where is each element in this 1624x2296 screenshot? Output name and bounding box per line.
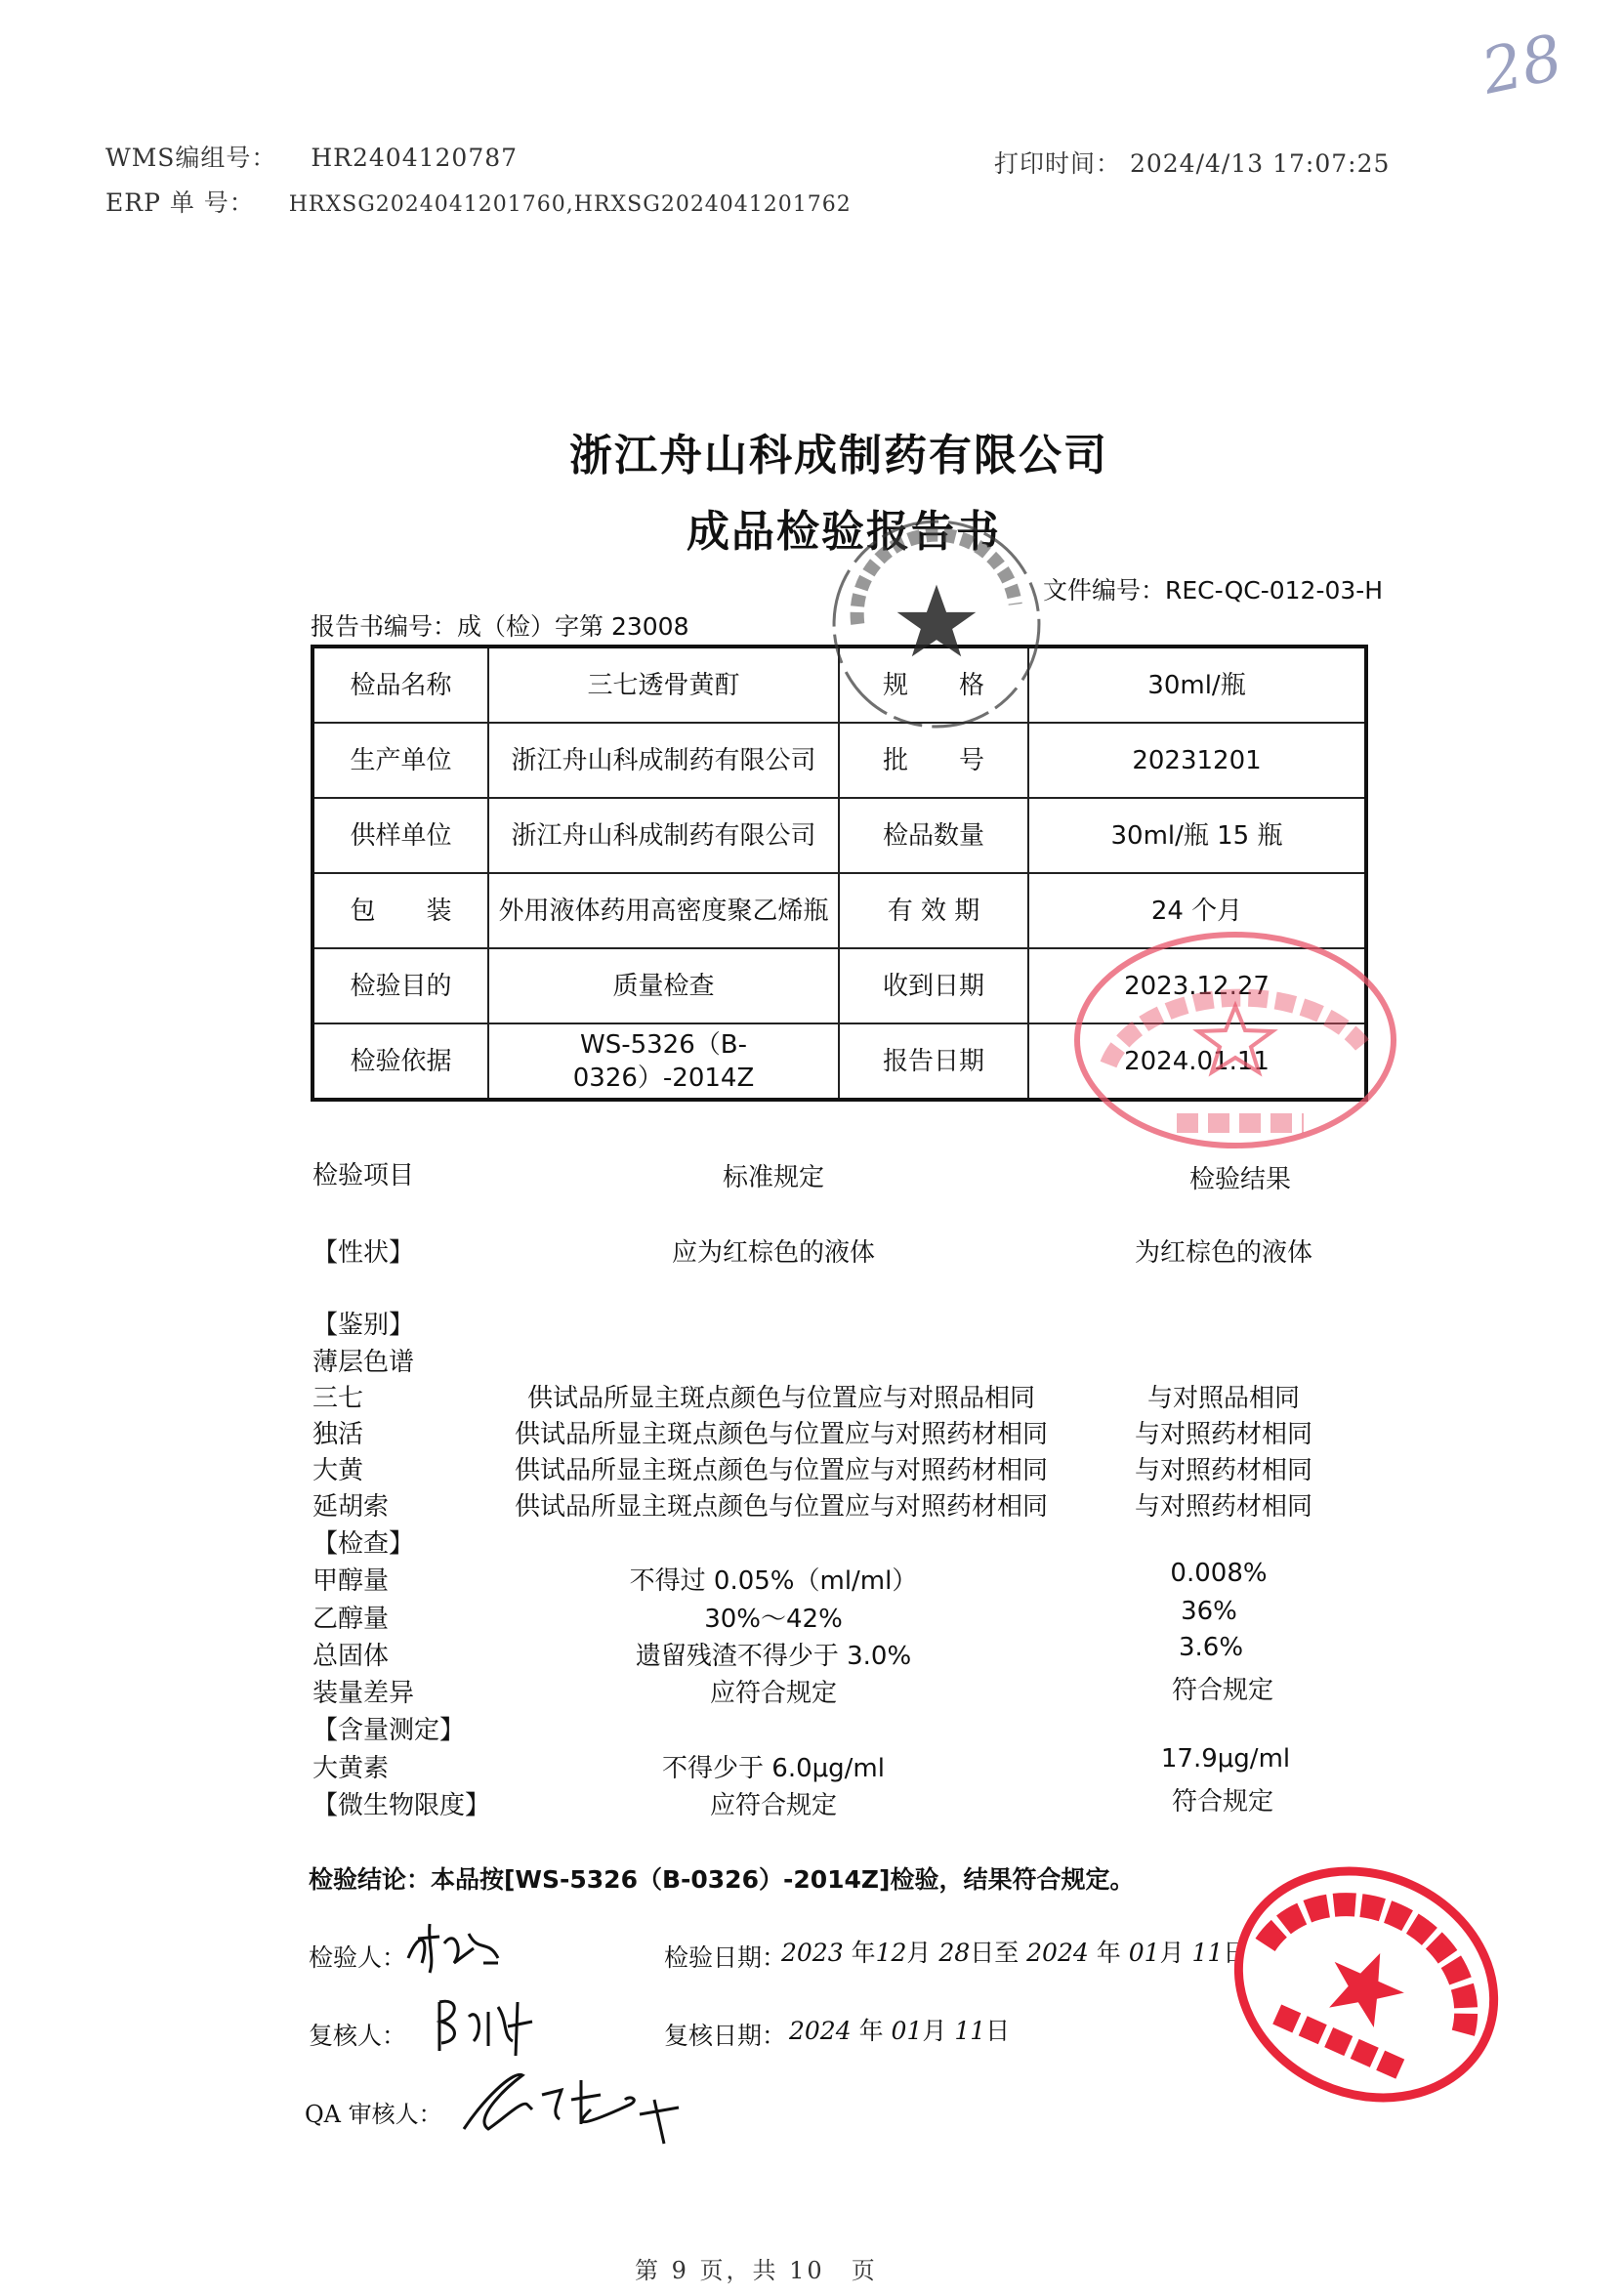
header-result: 检验结果 bbox=[1189, 1159, 1291, 1195]
standard-appearance: 应为红棕色的液体 bbox=[672, 1232, 875, 1269]
value-specification: 30ml/瓶 bbox=[1028, 647, 1366, 723]
item-emodin: 大黄素 bbox=[312, 1748, 389, 1784]
item-tlc: 薄层色谱 bbox=[312, 1342, 414, 1378]
standard-total-solids: 遗留残渣不得少于 3.0% bbox=[636, 1636, 911, 1672]
reviewer-signature bbox=[430, 1983, 547, 2061]
report-number-value: 成（检）字第 23008 bbox=[457, 612, 688, 641]
table-row: 检验依据 WS-5326（B-0326）-2014Z 报告日期 2024.01.… bbox=[312, 1023, 1366, 1100]
result-total-solids: 3.6% bbox=[1179, 1633, 1243, 1662]
section-inspection: 【检查】 bbox=[312, 1524, 414, 1560]
standard-sanqi: 供试品所显主斑点颜色与位置应与对照品相同 bbox=[527, 1378, 1035, 1414]
value-report-date: 2024.01.11 bbox=[1028, 1023, 1366, 1100]
qa-signature bbox=[444, 2061, 698, 2149]
file-number-label: 文件编号： bbox=[1043, 576, 1165, 605]
company-title: 浙江舟山科成制药有限公司 bbox=[569, 420, 1108, 482]
result-microbial-limit: 符合规定 bbox=[1172, 1781, 1273, 1817]
value-basis: WS-5326（B-0326）-2014Z bbox=[488, 1023, 839, 1100]
result-dahuang: 与对照药材相同 bbox=[1135, 1450, 1312, 1486]
result-duhuo: 与对照药材相同 bbox=[1135, 1414, 1312, 1450]
inspector-label: 检验人： bbox=[309, 1939, 406, 1974]
file-number: 文件编号：REC-QC-012-03-H bbox=[1043, 571, 1383, 606]
item-total-solids: 总固体 bbox=[312, 1636, 389, 1672]
reviewer-label: 复核人： bbox=[309, 2017, 406, 2052]
standard-duhuo: 供试品所显主斑点颜色与位置应与对照药材相同 bbox=[515, 1414, 1048, 1450]
value-received-date: 2023.12.27 bbox=[1028, 948, 1366, 1023]
item-ethanol: 乙醇量 bbox=[312, 1599, 389, 1635]
value-sample-quantity: 30ml/瓶 15 瓶 bbox=[1028, 798, 1366, 873]
result-appearance: 为红棕色的液体 bbox=[1135, 1232, 1312, 1269]
table-row: 检品名称 三七透骨黄酊 规 格 30ml/瓶 bbox=[312, 647, 1366, 723]
wms-line: WMS编组号： HR2404120787 bbox=[105, 139, 518, 174]
page-indicator: 第 9 页，共 10 页 bbox=[635, 2251, 878, 2285]
file-number-value: REC-QC-012-03-H bbox=[1165, 576, 1383, 605]
item-duhuo: 独活 bbox=[312, 1414, 363, 1450]
label-packaging: 包 装 bbox=[312, 873, 488, 948]
label-report-date: 报告日期 bbox=[839, 1023, 1028, 1100]
inspector-signature bbox=[400, 1919, 508, 1978]
result-methanol: 0.008% bbox=[1170, 1559, 1267, 1588]
label-product-name: 检品名称 bbox=[312, 647, 488, 723]
label-supplier: 供样单位 bbox=[312, 798, 488, 873]
conclusion: 检验结论：本品按[WS-5326（B-0326）-2014Z]检验，结果符合规定… bbox=[309, 1860, 1135, 1896]
item-dahuang: 大黄 bbox=[312, 1450, 363, 1486]
section-identification: 【鉴别】 bbox=[312, 1305, 414, 1341]
handwritten-page-number: 28 bbox=[1476, 21, 1568, 108]
value-batch-number: 20231201 bbox=[1028, 723, 1366, 798]
value-manufacturer: 浙江舟山科成制药有限公司 bbox=[488, 723, 839, 798]
table-row: 包 装 外用液体药用高密度聚乙烯瓶 有 效 期 24 个月 bbox=[312, 873, 1366, 948]
print-time-label: 打印时间： bbox=[994, 149, 1121, 178]
item-sanqi: 三七 bbox=[312, 1378, 363, 1414]
standard-methanol: 不得过 0.05%（ml/ml） bbox=[630, 1561, 918, 1597]
standard-yanhusuo: 供试品所显主斑点颜色与位置应与对照药材相同 bbox=[515, 1486, 1048, 1523]
item-yanhusuo: 延胡索 bbox=[312, 1486, 389, 1523]
result-emodin: 17.9μg/ml bbox=[1161, 1744, 1290, 1774]
stamp-star-icon bbox=[1192, 1821, 1539, 2148]
label-sample-quantity: 检品数量 bbox=[839, 798, 1028, 873]
label-manufacturer: 生产单位 bbox=[312, 723, 488, 798]
standard-dahuang: 供试品所显主斑点颜色与位置应与对照药材相同 bbox=[515, 1450, 1048, 1486]
qa-label: QA 审核人： bbox=[305, 2095, 442, 2129]
result-sanqi: 与对照品相同 bbox=[1147, 1378, 1300, 1414]
standard-emodin: 不得少于 6.0μg/ml bbox=[662, 1748, 885, 1784]
section-assay: 【含量测定】 bbox=[312, 1710, 465, 1746]
value-purpose: 质量检查 bbox=[488, 948, 839, 1023]
value-product-name: 三七透骨黄酊 bbox=[488, 647, 839, 723]
result-ethanol: 36% bbox=[1181, 1597, 1237, 1626]
huaren-quality-stamp bbox=[1192, 1821, 1539, 2148]
print-time-value: 2024/4/13 17:07:25 bbox=[1130, 149, 1390, 178]
label-purpose: 检验目的 bbox=[312, 948, 488, 1023]
report-number-label: 报告书编号： bbox=[311, 612, 457, 641]
table-row: 检验目的 质量检查 收到日期 2023.12.27 bbox=[312, 948, 1366, 1023]
label-specification: 规 格 bbox=[839, 647, 1028, 723]
label-expiry: 有 效 期 bbox=[839, 873, 1028, 948]
erp-value: HRXSG2024041201760,HRXSG2024041201762 bbox=[289, 192, 852, 217]
wms-value: HR2404120787 bbox=[311, 144, 518, 172]
erp-label: ERP 单 号： bbox=[105, 188, 255, 217]
table-row: 生产单位 浙江舟山科成制药有限公司 批 号 20231201 bbox=[312, 723, 1366, 798]
wms-label: WMS编组号： bbox=[105, 144, 276, 172]
review-date-label: 复核日期： bbox=[664, 2017, 786, 2052]
value-expiry: 24 个月 bbox=[1028, 873, 1366, 948]
erp-line: ERP 单 号： HRXSG2024041201760,HRXSG2024041… bbox=[105, 184, 852, 219]
document-title: 成品检验报告书 bbox=[687, 496, 1001, 559]
standard-microbial-limit: 应符合规定 bbox=[710, 1785, 837, 1821]
item-appearance: 【性状】 bbox=[312, 1232, 414, 1269]
table-row: 供样单位 浙江舟山科成制药有限公司 检品数量 30ml/瓶 15 瓶 bbox=[312, 798, 1366, 873]
result-fill-variance: 符合规定 bbox=[1172, 1670, 1273, 1706]
product-info-table: 检品名称 三七透骨黄酊 规 格 30ml/瓶 生产单位 浙江舟山科成制药有限公司… bbox=[311, 645, 1368, 1102]
label-batch-number: 批 号 bbox=[839, 723, 1028, 798]
header-standard: 标准规定 bbox=[723, 1157, 824, 1193]
item-microbial-limit: 【微生物限度】 bbox=[312, 1785, 490, 1821]
print-time: 打印时间： 2024/4/13 17:07:25 bbox=[994, 145, 1390, 180]
result-yanhusuo: 与对照药材相同 bbox=[1135, 1486, 1312, 1523]
item-methanol: 甲醇量 bbox=[312, 1561, 389, 1597]
inspection-date: 2023 年12月 28日至 2024 年 01月 11日 bbox=[781, 1934, 1247, 1969]
value-supplier: 浙江舟山科成制药有限公司 bbox=[488, 798, 839, 873]
label-received-date: 收到日期 bbox=[839, 948, 1028, 1023]
inspection-date-label: 检验日期： bbox=[664, 1939, 786, 1974]
review-date: 2024 年 01月 11日 bbox=[789, 2012, 1010, 2047]
standard-fill-variance: 应符合规定 bbox=[710, 1673, 837, 1709]
standard-ethanol: 30%～42% bbox=[704, 1599, 843, 1635]
value-packaging: 外用液体药用高密度聚乙烯瓶 bbox=[488, 873, 839, 948]
label-basis: 检验依据 bbox=[312, 1023, 488, 1100]
header-item: 检验项目 bbox=[312, 1155, 414, 1191]
item-fill-variance: 装量差异 bbox=[312, 1673, 414, 1709]
report-number: 报告书编号：成（检）字第 23008 bbox=[311, 607, 689, 643]
